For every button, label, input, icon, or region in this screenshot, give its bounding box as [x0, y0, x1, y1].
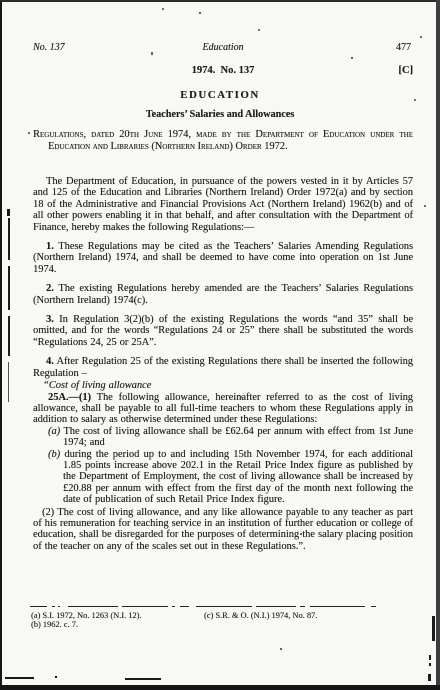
- regulation-25a-paragraph-2: (2) The cost of living allowance, and an…: [33, 507, 413, 553]
- scan-artifact: [429, 663, 431, 666]
- regulation-25a-paragraph-1: 25A.—(1) The following allowance, herein…: [33, 392, 413, 426]
- instrument-number: 1974. No. 137: [192, 65, 255, 76]
- document-page: No. 137 Education 477 1974. No. 137 [C] …: [0, 0, 440, 690]
- regulation-4: 4. After Regulation 25 of the existing R…: [33, 356, 413, 379]
- subparagraph-a-text: The cost of living allowance shall be £6…: [63, 426, 413, 448]
- document-body: The Department of Education, in pursuanc…: [33, 176, 413, 552]
- subject-heading: EDUCATION: [0, 89, 440, 101]
- scan-artifact: [5, 677, 34, 679]
- scan-artifact: [8, 316, 10, 356]
- scan-speck: [162, 8, 164, 10]
- regulation-3-number: 3.: [46, 314, 54, 325]
- scan-speck: [420, 36, 422, 38]
- regulation-3: 3. In Regulation 3(2)(b) of the existing…: [33, 314, 413, 348]
- scan-artifact: [7, 209, 10, 216]
- running-title: Education: [202, 42, 243, 53]
- inserted-regulation-caption-text: “Cost of living allowance: [43, 380, 151, 391]
- scan-edge-top: [0, 0, 440, 2]
- regulation-4-text: After Regulation 25 of the existing Regu…: [33, 356, 413, 378]
- running-doc-number: No. 137: [33, 42, 65, 53]
- footnote-column-left: (a) S.I. 1972, No. 1263 (N.I. 12). (b) 1…: [31, 611, 142, 630]
- scan-speck: [28, 132, 30, 134]
- scan-speck: [424, 205, 426, 207]
- regulation-2: 2. The existing Regulations hereby amend…: [33, 283, 413, 306]
- scan-speck: [351, 57, 353, 59]
- regulation-4-number: 4.: [46, 356, 54, 367]
- subparagraph-b: (b) during the period up to and includin…: [48, 449, 413, 506]
- scan-speck: [240, 396, 242, 398]
- scan-artifact: [428, 674, 431, 681]
- footnote-column-right: (c) S.R. & O. (N.I.) 1974, No. 87.: [204, 611, 317, 620]
- regulation-2-number: 2.: [46, 283, 54, 294]
- scan-artifact: [429, 655, 431, 660]
- scan-edge-left: [0, 0, 2, 690]
- subparagraph-a: (a) The cost of living allowance shall b…: [48, 426, 413, 449]
- footnote-b: (b) 1962. c. 7.: [31, 620, 142, 629]
- scan-edge-right: [436, 0, 440, 690]
- scan-speck: [258, 29, 260, 31]
- footnote-c: (c) S.R. & O. (N.I.) 1974, No. 87.: [204, 611, 317, 620]
- scan-artifact: [432, 616, 435, 641]
- regulation-1: 1. These Regulations may be cited as the…: [33, 241, 413, 275]
- subparagraph-b-marker: (b): [48, 449, 60, 460]
- scan-speck: [300, 533, 302, 535]
- document-subtitle: Teachers’ Salaries and Allowances: [0, 109, 440, 120]
- regulation-2-text: The existing Regulations hereby amended …: [33, 283, 413, 305]
- scan-speck: [199, 12, 201, 14]
- preamble-paragraph: Regulations, dated 20th June 1974, made …: [33, 129, 413, 152]
- inserted-regulation-caption: “Cost of living allowance: [43, 380, 413, 391]
- intro-paragraph: The Department of Education, in pursuanc…: [33, 176, 413, 233]
- footnote-rule: [30, 606, 376, 608]
- subparagraph-a-marker: (a): [48, 426, 60, 437]
- regulation-3-text: In Regulation 3(2)(b) of the existing Re…: [33, 314, 413, 348]
- scan-artifact: [55, 676, 57, 678]
- scan-speck: [414, 99, 416, 101]
- scan-artifact: [8, 266, 10, 310]
- scan-artifact: [125, 678, 161, 680]
- scan-artifact: [8, 218, 10, 260]
- page-number: 477: [396, 42, 411, 53]
- footnote-a: (a) S.I. 1972, No. 1263 (N.I. 12).: [31, 611, 142, 620]
- scan-speck: [151, 52, 153, 55]
- scan-speck: [280, 648, 282, 650]
- scan-edge-bottom: [0, 685, 440, 690]
- subparagraph-b-text: during the period up to and including 15…: [63, 449, 413, 506]
- regulation-25a-number: 25A.—(1): [48, 392, 91, 403]
- regulation-1-number: 1.: [46, 241, 54, 252]
- regulation-1-text: These Regulations may be cited as the Te…: [33, 241, 413, 275]
- classification-mark: [C]: [398, 65, 413, 76]
- scan-artifact: [8, 362, 9, 402]
